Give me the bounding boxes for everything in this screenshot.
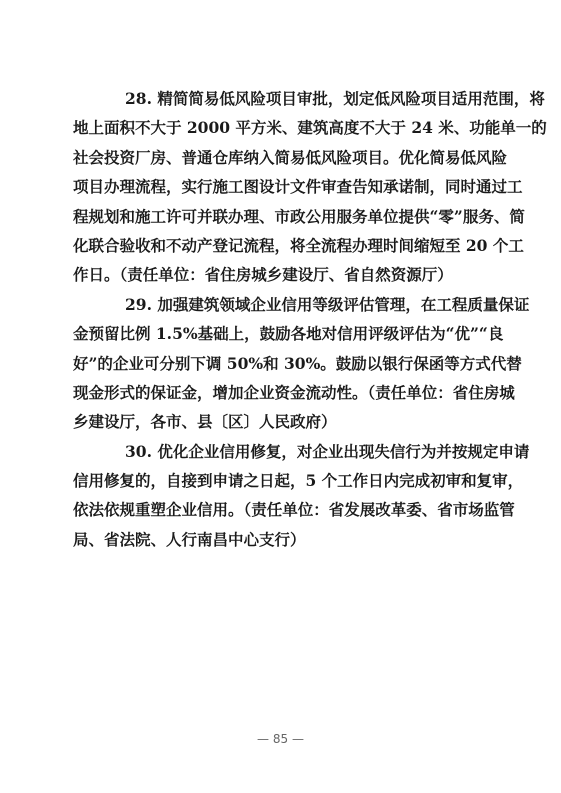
paragraph-28: 28. 精简简易低风险项目审批，划定低风险项目适用范围，将 地上面积不大于 20… — [73, 84, 488, 290]
text-line: 程规划和施工许可并联办理、市政公用服务单位提供“零”服务、简 — [73, 202, 488, 231]
text-line: 乡建设厅，各市、县〔区〕人民政府） — [73, 407, 488, 436]
text-line: 地上面积不大于 2000 平方米、建筑高度不大于 24 米、功能单一的 — [73, 113, 488, 142]
text-line: 现金形式的保证金，增加企业资金流动性。（责任单位：省住房城 — [73, 378, 488, 407]
text-line: 信用修复的，自接到申请之日起，5 个工作日内完成初审和复审， — [73, 466, 488, 495]
document-body: 28. 精简简易低风险项目审批，划定低风险项目适用范围，将 地上面积不大于 20… — [73, 84, 488, 554]
text-line: 化联合验收和不动产登记流程，将全流程办理时间缩短至 20 个工 — [73, 231, 488, 260]
paragraph-29: 29. 加强建筑领域企业信用等级评估管理，在工程质量保证 金预留比例 1.5%基… — [73, 290, 488, 437]
text-line: 30. 优化企业信用修复，对企业出现失信行为并按规定申请 — [73, 437, 488, 466]
text-line: 29. 加强建筑领域企业信用等级评估管理，在工程质量保证 — [73, 290, 488, 319]
text-line: 依法依规重塑企业信用。（责任单位：省发展改革委、省市场监管 — [73, 495, 488, 524]
text-line: 28. 精简简易低风险项目审批，划定低风险项目适用范围，将 — [73, 84, 488, 113]
text-line: 项目办理流程，实行施工图设计文件审查告知承诺制，同时通过工 — [73, 172, 488, 201]
text-line: 好”的企业可分别下调 50%和 30%。鼓励以银行保函等方式代替 — [73, 349, 488, 378]
page-number: — 85 — — [0, 732, 561, 746]
document-page: 28. 精简简易低风险项目审批，划定低风险项目适用范围，将 地上面积不大于 20… — [0, 0, 561, 793]
text-line: 金预留比例 1.5%基础上，鼓励各地对信用评级评估为“优”“良 — [73, 319, 488, 348]
text-line: 社会投资厂房、普通仓库纳入简易低风险项目。优化简易低风险 — [73, 143, 488, 172]
paragraph-30: 30. 优化企业信用修复，对企业出现失信行为并按规定申请 信用修复的，自接到申请… — [73, 437, 488, 555]
text-line: 局、省法院、人行南昌中心支行） — [73, 525, 488, 554]
text-line: 作日。（责任单位：省住房城乡建设厅、省自然资源厅） — [73, 260, 488, 289]
